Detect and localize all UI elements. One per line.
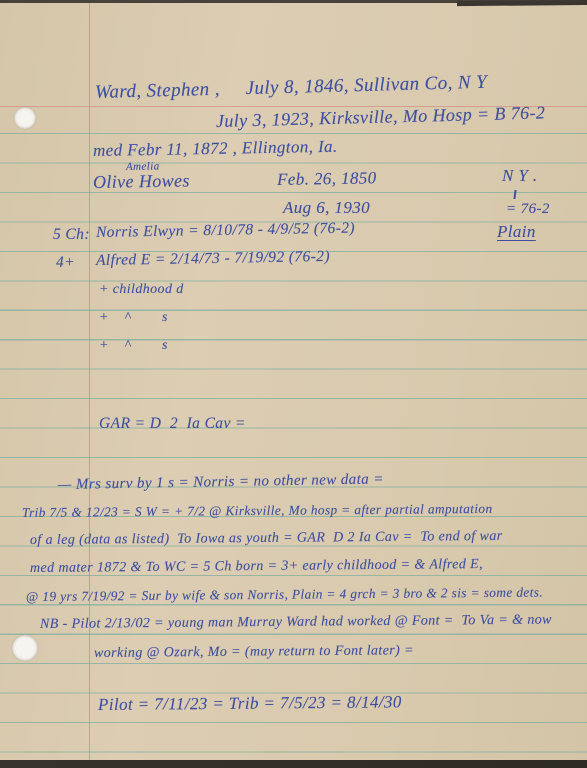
stray-ink-mark	[513, 190, 516, 199]
handwritten-wife-birthplace: N Y .	[502, 166, 538, 186]
vertical-margin-line	[89, 2, 90, 760]
handwritten-line-name-birth: Ward, Stephen , July 8, 1846, Sullivan C…	[95, 72, 488, 104]
handwritten-line-wife-name: Olive Howes	[93, 170, 190, 193]
handwritten-childhood-death: + childhood d	[99, 282, 184, 298]
scan-edge-top-right	[457, 0, 587, 6]
handwritten-wife-birthdate: Feb. 26, 1850	[277, 168, 377, 190]
handwritten-ditto-mark: + ^ s	[99, 338, 168, 354]
handwritten-children-count: 5 Ch:	[53, 226, 90, 244]
hole-punch	[12, 635, 38, 661]
handwritten-child-norris: Norris Elwyn = 8/10/78 - 4/9/52 (76-2)	[96, 219, 355, 242]
handwritten-cemetery-plain: Plain	[497, 222, 536, 242]
handwritten-obit-line-2: of a leg (data as listed) To Iowa as you…	[30, 529, 503, 549]
handwritten-line-marriage: med Febr 11, 1872 , Ellington, Ia.	[93, 137, 338, 161]
notebook-page: Ward, Stephen , July 8, 1846, Sullivan C…	[0, 0, 587, 768]
handwritten-obit-line-1: Trib 7/5 & 12/23 = S W = + 7/2 @ Kirksvi…	[22, 501, 493, 521]
handwritten-wife-deathdate: Aug 6, 1930	[283, 198, 370, 218]
handwritten-sources-line: Pilot = 7/11/23 = Trib = 7/5/23 = 8/14/3…	[98, 692, 402, 715]
handwritten-obit-line-3: med mater 1872 & To WC = 5 Ch born = 3+ …	[30, 557, 483, 577]
handwritten-count-mark: 4+	[56, 254, 75, 272]
handwritten-ditto-mark: + ^ s	[99, 310, 168, 326]
scan-edge-bottom	[0, 760, 587, 768]
handwritten-child-alfred: Alfred E = 2/14/73 - 7/19/92 (76-2)	[96, 248, 330, 270]
handwritten-nb-pilot-note: NB - Pilot 2/13/02 = young man Murray Wa…	[40, 613, 552, 633]
handwritten-survivors-note: — Mrs surv by 1 s = Norris = no other ne…	[58, 471, 384, 494]
handwritten-obit-line-4: @ 19 yrs 7/19/92 = Sur by wife & son Nor…	[26, 584, 543, 605]
handwritten-gar-service: GAR = D 2 Ia Cav =	[99, 415, 246, 433]
handwritten-nb-pilot-note-2: working @ Ozark, Mo = (may return to Fon…	[94, 643, 414, 662]
handwritten-burial-ref: = 76-2	[506, 201, 550, 218]
hole-punch	[14, 107, 36, 129]
